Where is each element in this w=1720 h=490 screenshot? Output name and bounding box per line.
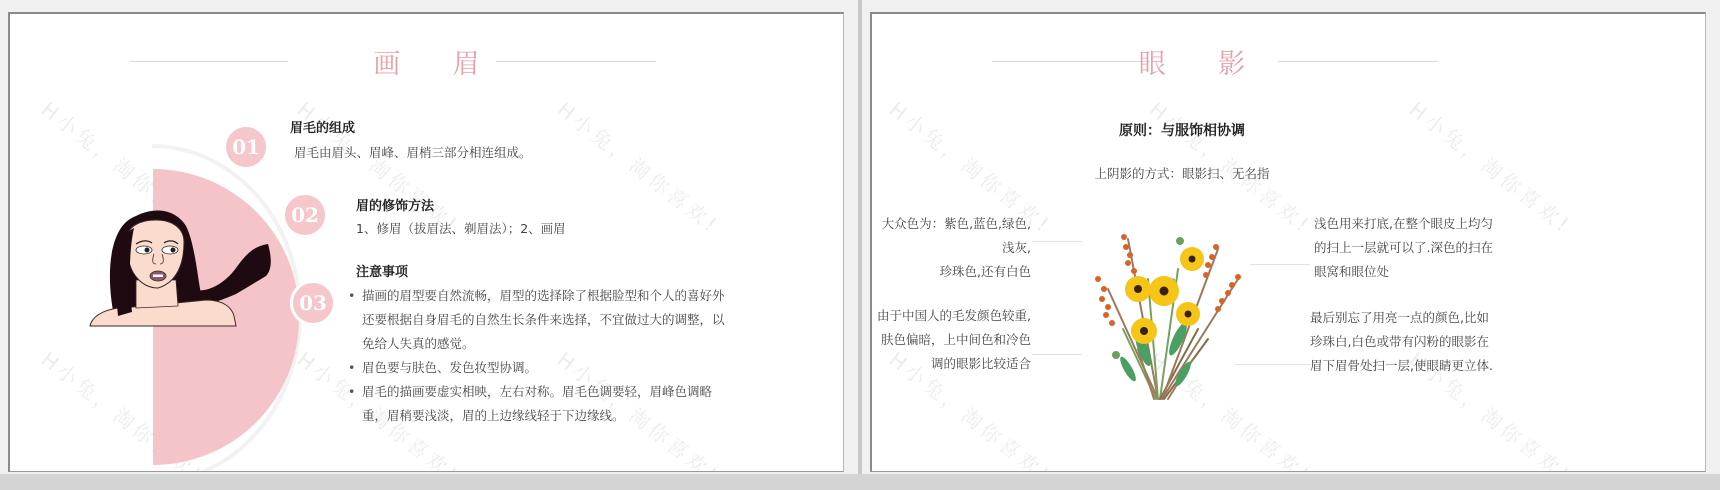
popular-colors-text: 大众色为：紫色,蓝色,绿色,浅灰, 珍珠色,还有白色: [872, 212, 1031, 284]
highlight-advice-text: 最后别忘了用亮一点的颜色,比如 珍珠白,白色或带有闪粉的眼影在 眉下眉骨处扫一层…: [1310, 306, 1493, 378]
bottom-scroll-area[interactable]: [0, 474, 1720, 490]
connector-line: [1250, 264, 1310, 265]
method-text: 上阴影的方式：眼影扫、无名指: [902, 164, 1462, 182]
slide-title: 眼 影: [870, 42, 1542, 81]
slide-eyeshadow[interactable]: 眼 影 H小兔，淘你喜欢! H小兔，淘你喜欢! H小兔，淘你喜欢! H小兔，淘你…: [870, 12, 1706, 472]
flower-bouquet-illustration: [1068, 219, 1248, 404]
section-body-methods: 1、修眉（拔眉法、剃眉法）；2、画眉: [356, 217, 566, 241]
list-item: 眉毛的描画要虚实相映，左右对称。眉毛色调要轻，眉峰色调略重，眉稍要浅淡，眉的上边…: [348, 380, 728, 428]
watermark: H小兔，淘你喜欢!: [552, 94, 727, 239]
list-item: 眉色要与肤色、发色妆型协调。: [348, 356, 728, 380]
base-color-advice-text: 浅色用来打底,在整个眼皮上均匀 的扫上一层就可以了.深色的扫在 眼窝和眼位处: [1314, 212, 1493, 284]
slide-eyebrow[interactable]: 画 眉 H小兔，淘你喜欢! H小兔，淘你喜欢! H小兔，淘你喜欢! H小兔，淘你…: [8, 12, 844, 472]
step-03-badge: 03: [290, 280, 336, 326]
slide-title: 画 眉: [10, 42, 843, 81]
section-heading-notes: 注意事项: [356, 261, 408, 280]
woman-illustration: [86, 196, 306, 336]
step-02-badge: 02: [282, 192, 328, 238]
section-heading-methods: 眉的修饰方法: [356, 195, 434, 214]
slide-viewer: 画 眉 H小兔，淘你喜欢! H小兔，淘你喜欢! H小兔，淘你喜欢! H小兔，淘你…: [0, 0, 1720, 490]
list-item: 描画的眉型要自然流畅，眉型的选择除了根据脸型和个人的喜好外还要根据自身眉毛的自然…: [348, 284, 728, 356]
section-heading-composition: 眉毛的组成: [290, 117, 355, 136]
notes-list: 描画的眉型要自然流畅，眉型的选择除了根据脸型和个人的喜好外还要根据自身眉毛的自然…: [348, 284, 728, 428]
section-body-composition: 眉毛由眉头、眉峰、眉梢三部分相连组成。: [294, 141, 532, 165]
step-01-badge: 01: [223, 124, 269, 170]
principle-heading: 原则：与服饰相协调: [902, 120, 1462, 140]
hair-color-advice-text: 由于中国人的毛发颜色较重, 肤色偏暗，上中间色和冷色 调的眼影比较适合: [877, 304, 1031, 376]
